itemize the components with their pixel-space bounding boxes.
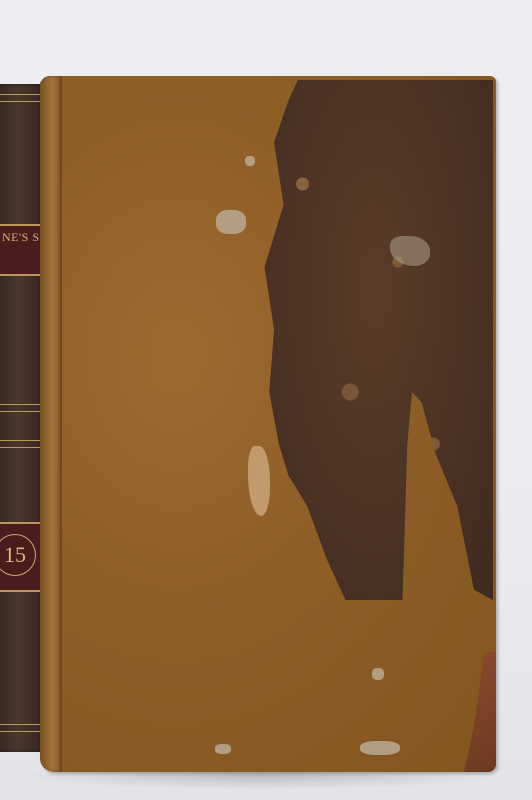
cover-hinge <box>40 76 62 772</box>
photo-scene: NE'S SPEARE 15 <box>0 0 532 800</box>
scuff-mark <box>372 668 384 680</box>
scuff-mark <box>216 210 246 234</box>
volume-number: 15 <box>0 534 36 576</box>
book-cover <box>40 76 496 772</box>
gilt-band <box>0 724 42 732</box>
marbled-leather-area <box>255 80 493 600</box>
gilt-band <box>0 94 42 102</box>
worn-corner <box>456 652 496 772</box>
gilt-band <box>0 440 42 448</box>
scuff-mark <box>215 744 231 754</box>
gilt-band <box>0 404 42 412</box>
scuff-mark <box>245 156 255 166</box>
scuff-mark <box>360 741 400 755</box>
spine-volume-label: 15 <box>0 522 44 592</box>
worn-patch <box>248 446 270 516</box>
